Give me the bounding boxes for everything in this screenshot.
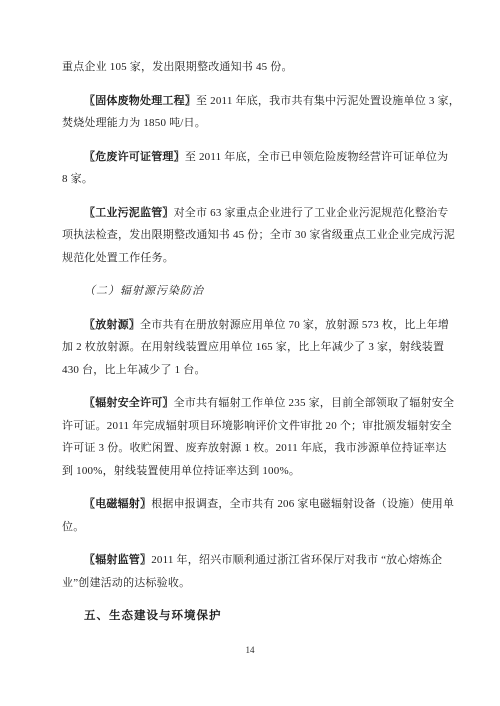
entry-title: 〖放射源〗 (84, 319, 140, 331)
text-line: 〖放射源〗全市共有在册放射源应用单位 70 家，放射源 573 枚，比上年增 (62, 314, 448, 337)
text-line: 规范化处置工作任务。 (62, 247, 448, 270)
text-line: （二）辐射源污染防治 (62, 280, 448, 303)
text-line: 重点企业 105 家，发出限期整改通知书 45 份。 (62, 56, 448, 79)
text-line: 〖危废许可证管理〗至 2011 年底，全市已申领危险废物经营许可证单位为 (62, 146, 448, 169)
paragraph: 〖辐射安全许可〗全市共有辐射工作单位 235 家，目前全部领取了辐射安全许可证。… (62, 392, 448, 482)
text-line: 五、生态建设与环境保护 (62, 605, 448, 628)
entry-title: 〖固体废物处理工程〗 (84, 95, 196, 107)
text-line: 业”创建活动的达标验收。 (62, 572, 448, 595)
text-line: 430 台，比上年减少了 1 台。 (62, 359, 448, 382)
entry-title: 〖电磁辐射〗 (84, 498, 151, 510)
text-line: 焚烧处理能力为 1850 吨/日。 (62, 112, 448, 135)
text-line: 到 100%，射线装置使用单位持证率达到 100%。 (62, 460, 448, 483)
text-line: 许可证 3 份。收贮闲置、废弃放射源 1 枚。2011 年底，我市涉源单位持证率… (62, 437, 448, 460)
paragraph: 〖危废许可证管理〗至 2011 年底，全市已申领危险废物经营许可证单位为8 家。 (62, 146, 448, 191)
entry-title: 〖危废许可证管理〗 (84, 151, 185, 163)
page-number: 14 (0, 645, 500, 655)
text-line: 〖辐射监管〗2011 年，绍兴市顺利通过浙江省环保厅对我市 “放心熔炼企 (62, 549, 448, 572)
text-line: 8 家。 (62, 168, 448, 191)
document-page: 重点企业 105 家，发出限期整改通知书 45 份。〖固体废物处理工程〗至 20… (0, 0, 500, 706)
paragraph: 〖放射源〗全市共有在册放射源应用单位 70 家，放射源 573 枚，比上年增加 … (62, 314, 448, 382)
text-line: 〖固体废物处理工程〗至 2011 年底，我市共有集中污泥处置设施单位 3 家， (62, 90, 448, 113)
text-line: 位。 (62, 516, 448, 539)
paragraph: 〖电磁辐射〗根据申报调查，全市共有 206 家电磁辐射设备（设施）使用单位。 (62, 493, 448, 538)
paragraph: 〖固体废物处理工程〗至 2011 年底，我市共有集中污泥处置设施单位 3 家，焚… (62, 90, 448, 135)
paragraph: 〖工业污泥监管〗对全市 63 家重点企业进行了工业企业污泥规范化整治专项执法检查… (62, 202, 448, 270)
text-line: 项执法检查，发出限期整改通知书 45 份；全市 30 家省级重点工业企业完成污泥 (62, 224, 448, 247)
text-line: 〖辐射安全许可〗全市共有辐射工作单位 235 家，目前全部领取了辐射安全 (62, 392, 448, 415)
document-body: 重点企业 105 家，发出限期整改通知书 45 份。〖固体废物处理工程〗至 20… (62, 56, 448, 628)
paragraph: 重点企业 105 家，发出限期整改通知书 45 份。 (62, 56, 448, 79)
entry-title: 〖辐射监管〗 (84, 554, 151, 566)
entry-title: 〖辐射安全许可〗 (84, 397, 174, 409)
paragraph: 〖辐射监管〗2011 年，绍兴市顺利通过浙江省环保厅对我市 “放心熔炼企业”创建… (62, 549, 448, 594)
text-line: 许可证。2011 年完成辐射项目环境影响评价文件审批 20 个；审批颁发辐射安全 (62, 415, 448, 438)
entry-title: 〖工业污泥监管〗 (84, 207, 174, 219)
text-line: 〖电磁辐射〗根据申报调查，全市共有 206 家电磁辐射设备（设施）使用单 (62, 493, 448, 516)
section-heading: 五、生态建设与环境保护 (62, 605, 448, 628)
text-line: 加 2 枚放射源。在用射线装置应用单位 165 家，比上年减少了 3 家，射线装… (62, 336, 448, 359)
text-line: 〖工业污泥监管〗对全市 63 家重点企业进行了工业企业污泥规范化整治专 (62, 202, 448, 225)
section-heading: （二）辐射源污染防治 (62, 280, 448, 303)
